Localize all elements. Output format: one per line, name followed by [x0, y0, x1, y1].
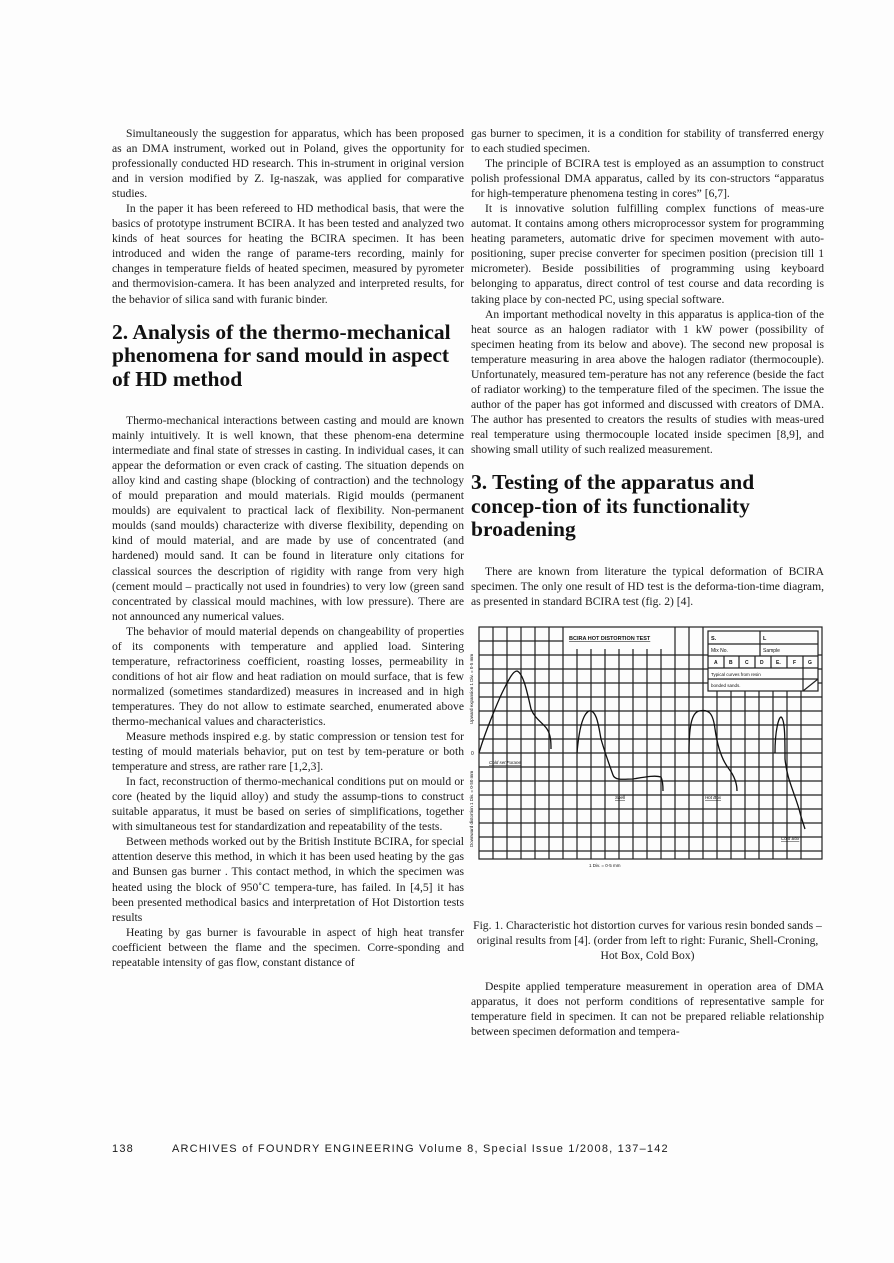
paragraph: The behavior of mould material depends o…: [112, 624, 464, 729]
legend-note-2: bonded sands.: [711, 683, 741, 688]
paragraph: In fact, reconstruction of thermo-mechan…: [112, 774, 464, 834]
paragraph: An important methodical novelty in this …: [471, 307, 824, 457]
legend-col-g: G: [808, 660, 812, 666]
right-column: gas burner to specimen, it is a conditio…: [471, 126, 824, 1039]
hot-distortion-figure: BCIRA HOT DISTORTION TEST S. L Mix No. S…: [465, 619, 837, 769]
legend-s-label: S.: [711, 636, 717, 642]
chart-title: BCIRA HOT DISTORTION TEST: [569, 636, 651, 642]
legend-note-1: Typical curves from resin: [711, 672, 761, 677]
curve-label-cold-box: Cold Box: [781, 836, 800, 841]
x-axis-label: 1 Div. = 0·5 mm: [589, 863, 621, 868]
paragraph: Despite applied temperature measurement …: [471, 979, 824, 1039]
paragraph: Between methods worked out by the Britis…: [112, 834, 464, 924]
figure-caption: Fig. 1. Characteristic hot distortion cu…: [471, 918, 824, 963]
y-label-lower: Downward distortion 1 Div. = 0·50 mm: [469, 770, 474, 846]
legend-mix-label: Mix No.: [711, 648, 728, 654]
legend-col-c: C: [745, 660, 749, 666]
paragraph: In the paper it has been refereed to HD …: [112, 201, 464, 306]
zero-label: 0: [471, 751, 474, 757]
hot-distortion-chart: BCIRA HOT DISTORTION TEST S. L Mix No. S…: [465, 619, 837, 889]
y-label-upper: Upward expansion 1 Div. = 0·5 mm: [469, 653, 474, 723]
legend-col-d: D: [760, 660, 764, 666]
paragraph: Heating by gas burner is favourable in a…: [112, 925, 464, 970]
curve-label-shell: Shell: [615, 795, 626, 800]
legend-col-a: A: [714, 660, 718, 666]
legend-col-b: B: [729, 660, 733, 666]
curve-label-hot-box: Hot Box: [705, 795, 722, 800]
section-3-heading: 3. Testing of the apparatus and concep-t…: [471, 471, 824, 542]
legend-col-e: E.: [776, 660, 781, 666]
legend-col-f: F: [793, 660, 796, 666]
section-2-heading: 2. Analysis of the thermo-mechanical phe…: [112, 321, 464, 392]
paragraph: Measure methods inspired e.g. by static …: [112, 729, 464, 774]
paragraph: gas burner to specimen, it is a conditio…: [471, 126, 824, 156]
paragraph: Simultaneously the suggestion for appara…: [112, 126, 464, 201]
legend-sample-label: Sample: [763, 648, 780, 654]
journal-citation: ARCHIVES of FOUNDRY ENGINEERING Volume 8…: [172, 1143, 669, 1155]
left-column: Simultaneously the suggestion for appara…: [112, 126, 464, 970]
paragraph: Thermo-mechanical interactions between c…: [112, 413, 464, 624]
curve-label-furane: Cold set Furane: [489, 760, 522, 765]
paragraph: It is innovative solution fulfilling com…: [471, 201, 824, 306]
paragraph: The principle of BCIRA test is employed …: [471, 156, 824, 201]
page-number: 138: [112, 1143, 134, 1155]
paragraph: There are known from literature the typi…: [471, 564, 824, 609]
